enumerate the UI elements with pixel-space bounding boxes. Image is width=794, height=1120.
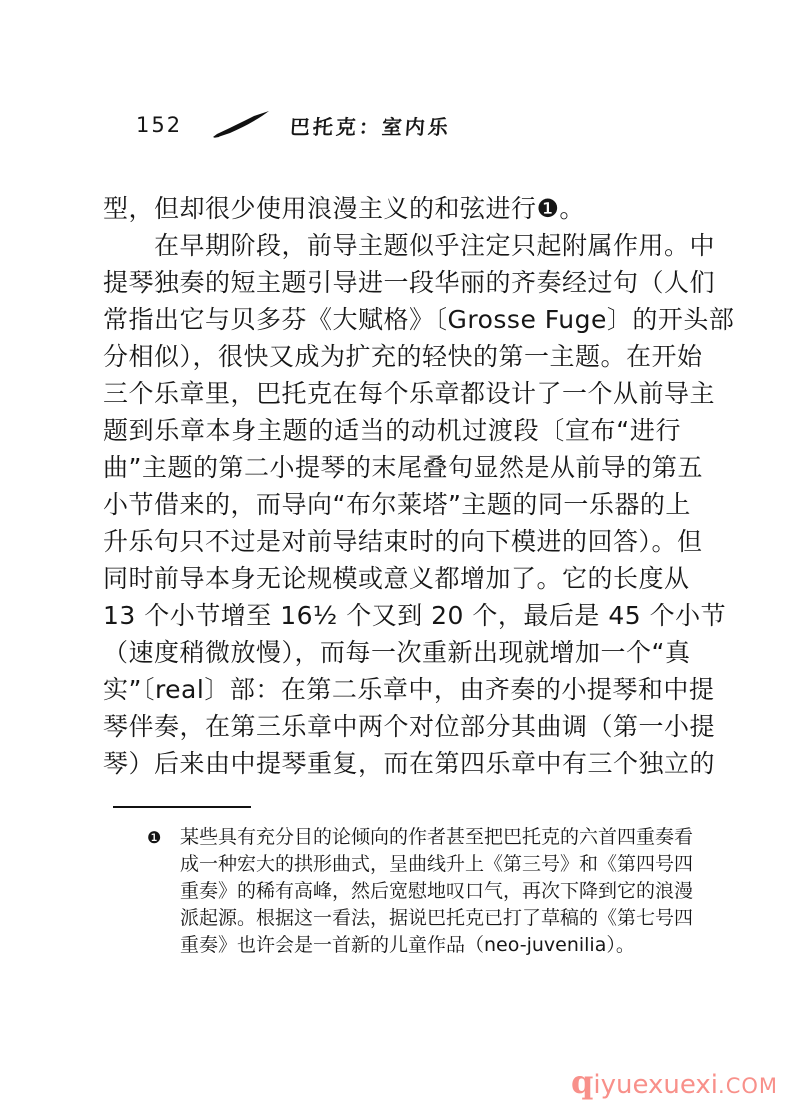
body-line: 分相似），很快又成为扩充的轻快的第一主题。在开始 [103,338,681,375]
watermark-domain: .COM [718,1076,778,1097]
footnote: ❶ 某些具有充分目的论倾向的作者甚至把巴托克的六首四重奏看 成一种宏大的拱形曲式… [147,824,684,959]
body-line: 13 个小节增至 16½ 个又到 20 个，最后是 45 个小节 [103,597,681,634]
quill-pen-icon [212,111,270,139]
body-line: 提琴独奏的短主题引导进一段华丽的齐奏经过句（人们 [103,264,681,301]
body-line: 三个乐章里，巴托克在每个乐章都设计了一个从前导主 [103,375,681,412]
body-line: 曲”主题的第二小提琴的末尾叠句显然是从前导的第五 [103,449,681,486]
running-header: 152 巴托克：室内乐 [136,110,451,140]
body-line: 琴伴奏，在第三乐章中两个对位部分其曲调（第一小提 [103,708,681,745]
body-line: 实”〔real〕部：在第二乐章中，由齐奏的小提琴和中提 [103,671,681,708]
watermark-name: iyuexuexi [593,1072,718,1098]
footnote-divider [113,806,251,808]
scanned-book-page: 152 巴托克：室内乐 型，但却很少使用浪漫主义的和弦进行❶。 在早期阶段，前导… [0,0,794,1120]
footnote-line: 重奏》也许会是一首新的儿童作品（neo-juvenilia）。 [180,932,693,959]
body-line: （速度稍微放慢），而每一次重新出现就增加一个“真 [103,634,681,671]
footnote-text: 某些具有充分目的论倾向的作者甚至把巴托克的六首四重奏看 成一种宏大的拱形曲式，呈… [180,824,693,959]
page-number: 152 [136,113,182,137]
body-line: 常指出它与贝多芬《大赋格》〔Grosse Fuge〕的开头部 [103,301,681,338]
footnote-line: 某些具有充分目的论倾向的作者甚至把巴托克的六首四重奏看 [180,824,693,851]
body-line: 在早期阶段，前导主题似乎注定只起附属作用。中 [103,227,681,264]
body-text: 型，但却很少使用浪漫主义的和弦进行❶。 在早期阶段，前导主题似乎注定只起附属作用… [103,190,681,782]
watermark-initial: q [571,1066,593,1098]
body-line: 同时前导本身无论规模或意义都增加了。它的长度从 [103,560,681,597]
body-line: 小节借来的，而导向“布尔莱塔”主题的同一乐器的上 [103,486,681,523]
body-line: 型，但却很少使用浪漫主义的和弦进行❶。 [103,190,681,227]
body-line: 琴）后来由中提琴重复，而在第四乐章中有三个独立的 [103,745,681,782]
footnote-line: 成一种宏大的拱形曲式，呈曲线升上《第三号》和《第四号四 [180,851,693,878]
body-line: 题到乐章本身主题的适当的动机过渡段〔宣布“进行 [103,412,681,449]
chapter-title: 巴托克：室内乐 [289,111,452,140]
footnote-line: 派起源。根据这一看法，据说巴托克已打了草稿的《第七号四 [180,905,693,932]
footnote-marker-icon: ❶ [147,824,180,959]
footnote-line: 重奏》的稀有高峰，然后宽慰地叹口气，再次下降到它的浪漫 [180,878,693,905]
site-watermark: qiyuexuexi.COM [571,1066,778,1098]
body-line: 升乐句只不过是对前导结束时的向下模进的回答）。但 [103,523,681,560]
